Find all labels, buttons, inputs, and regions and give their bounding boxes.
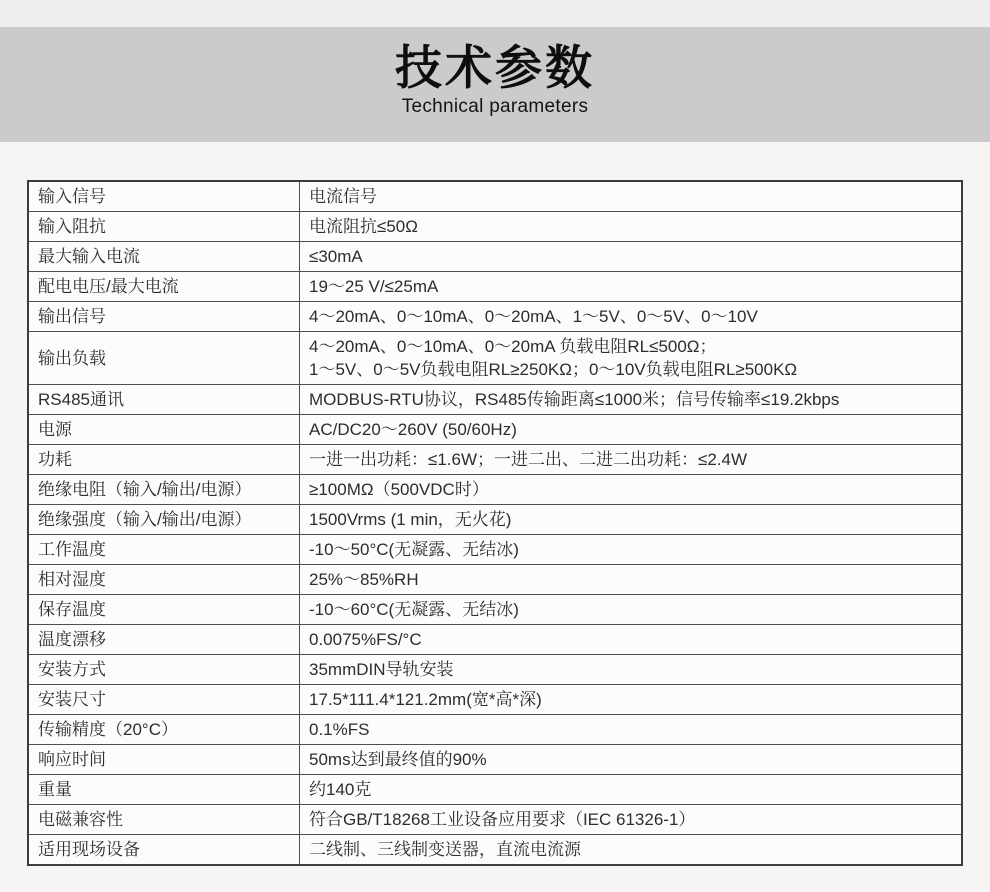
spec-label: 电源 (28, 415, 300, 445)
spec-value: MODBUS-RTU协议，RS485传输距离≤1000米；信号传输率≤19.2k… (300, 385, 963, 415)
spec-value: -10～50°C(无凝露、无结冰) (300, 535, 963, 565)
page-title: 技术参数 (0, 27, 990, 96)
spec-value: 17.5*111.4*121.2mm(宽*高*深) (300, 685, 963, 715)
spec-label: 功耗 (28, 445, 300, 475)
spec-label: 输入信号 (28, 181, 300, 212)
top-strip (0, 0, 990, 27)
spec-value: 0.1%FS (300, 715, 963, 745)
spec-label: 绝缘电阻（输入/输出/电源） (28, 475, 300, 505)
spec-label: 传输精度（20°C） (28, 715, 300, 745)
page-subtitle: Technical parameters (0, 96, 990, 118)
spec-value: 35mmDIN导轨安装 (300, 655, 963, 685)
table-row: 最大输入电流 ≤30mA (28, 242, 962, 272)
spec-label: 相对湿度 (28, 565, 300, 595)
spec-value: 19～25 V/≤25mA (300, 272, 963, 302)
table-row: 安装尺寸 17.5*111.4*121.2mm(宽*高*深) (28, 685, 962, 715)
table-row: 适用现场设备 二线制、三线制变送器，直流电流源 (28, 835, 962, 866)
table-row: 工作温度 -10～50°C(无凝露、无结冰) (28, 535, 962, 565)
table-row: 安装方式 35mmDIN导轨安装 (28, 655, 962, 685)
table-row: 传输精度（20°C） 0.1%FS (28, 715, 962, 745)
table-row: 电源 AC/DC20～260V (50/60Hz) (28, 415, 962, 445)
spec-label: 工作温度 (28, 535, 300, 565)
table-row: RS485通讯 MODBUS-RTU协议，RS485传输距离≤1000米；信号传… (28, 385, 962, 415)
spec-label: 配电电压/最大电流 (28, 272, 300, 302)
spec-label: 温度漂移 (28, 625, 300, 655)
spec-label: 输入阻抗 (28, 212, 300, 242)
spec-value: ≤30mA (300, 242, 963, 272)
spec-label: 电磁兼容性 (28, 805, 300, 835)
spec-table-body: 输入信号 电流信号 输入阻抗 电流阻抗≤50Ω 最大输入电流 ≤30mA 配电电… (28, 181, 962, 865)
spec-label: 最大输入电流 (28, 242, 300, 272)
table-row: 温度漂移 0.0075%FS/°C (28, 625, 962, 655)
spec-label: 输出信号 (28, 302, 300, 332)
content-area: 输入信号 电流信号 输入阻抗 电流阻抗≤50Ω 最大输入电流 ≤30mA 配电电… (0, 142, 990, 866)
table-row: 配电电压/最大电流 19～25 V/≤25mA (28, 272, 962, 302)
spec-value: 25%～85%RH (300, 565, 963, 595)
table-row: 绝缘强度（输入/输出/电源） 1500Vrms (1 min，无火花) (28, 505, 962, 535)
spec-value: ≥100MΩ（500VDC时） (300, 475, 963, 505)
table-row: 响应时间 50ms达到最终值的90% (28, 745, 962, 775)
spec-label: 安装方式 (28, 655, 300, 685)
table-row: 绝缘电阻（输入/输出/电源） ≥100MΩ（500VDC时） (28, 475, 962, 505)
spec-value: 4～20mA、0～10mA、0～20mA、1～5V、0～5V、0～10V (300, 302, 963, 332)
spec-value: -10～60°C(无凝露、无结冰) (300, 595, 963, 625)
spec-label: 适用现场设备 (28, 835, 300, 866)
spec-label: RS485通讯 (28, 385, 300, 415)
table-row: 输出负载 4～20mA、0～10mA、0～20mA 负载电阻RL≤500Ω； 1… (28, 332, 962, 385)
spec-table: 输入信号 电流信号 输入阻抗 电流阻抗≤50Ω 最大输入电流 ≤30mA 配电电… (27, 180, 963, 866)
spec-value: 1500Vrms (1 min，无火花) (300, 505, 963, 535)
spec-value: 0.0075%FS/°C (300, 625, 963, 655)
spec-value: 约140克 (300, 775, 963, 805)
table-row: 相对湿度 25%～85%RH (28, 565, 962, 595)
spec-label: 保存温度 (28, 595, 300, 625)
spec-label: 响应时间 (28, 745, 300, 775)
table-row: 电磁兼容性 符合GB/T18268工业设备应用要求（IEC 61326-1） (28, 805, 962, 835)
table-row: 重量 约140克 (28, 775, 962, 805)
spec-label: 输出负载 (28, 332, 300, 385)
spec-label: 重量 (28, 775, 300, 805)
header-band: 技术参数 Technical parameters (0, 27, 990, 142)
spec-label: 绝缘强度（输入/输出/电源） (28, 505, 300, 535)
page: { "header": { "title": "技术参数", "subtitle… (0, 0, 990, 892)
table-row: 功耗 一进一出功耗：≤1.6W；一进二出、二进二出功耗：≤2.4W (28, 445, 962, 475)
table-row: 保存温度 -10～60°C(无凝露、无结冰) (28, 595, 962, 625)
spec-value: 符合GB/T18268工业设备应用要求（IEC 61326-1） (300, 805, 963, 835)
table-row: 输入信号 电流信号 (28, 181, 962, 212)
spec-value: AC/DC20～260V (50/60Hz) (300, 415, 963, 445)
spec-value: 4～20mA、0～10mA、0～20mA 负载电阻RL≤500Ω； 1～5V、0… (300, 332, 963, 385)
spec-label: 安装尺寸 (28, 685, 300, 715)
spec-value: 50ms达到最终值的90% (300, 745, 963, 775)
spec-value: 电流信号 (300, 181, 963, 212)
spec-value: 电流阻抗≤50Ω (300, 212, 963, 242)
spec-value: 二线制、三线制变送器，直流电流源 (300, 835, 963, 866)
table-row: 输入阻抗 电流阻抗≤50Ω (28, 212, 962, 242)
table-row: 输出信号 4～20mA、0～10mA、0～20mA、1～5V、0～5V、0～10… (28, 302, 962, 332)
spec-value: 一进一出功耗：≤1.6W；一进二出、二进二出功耗：≤2.4W (300, 445, 963, 475)
